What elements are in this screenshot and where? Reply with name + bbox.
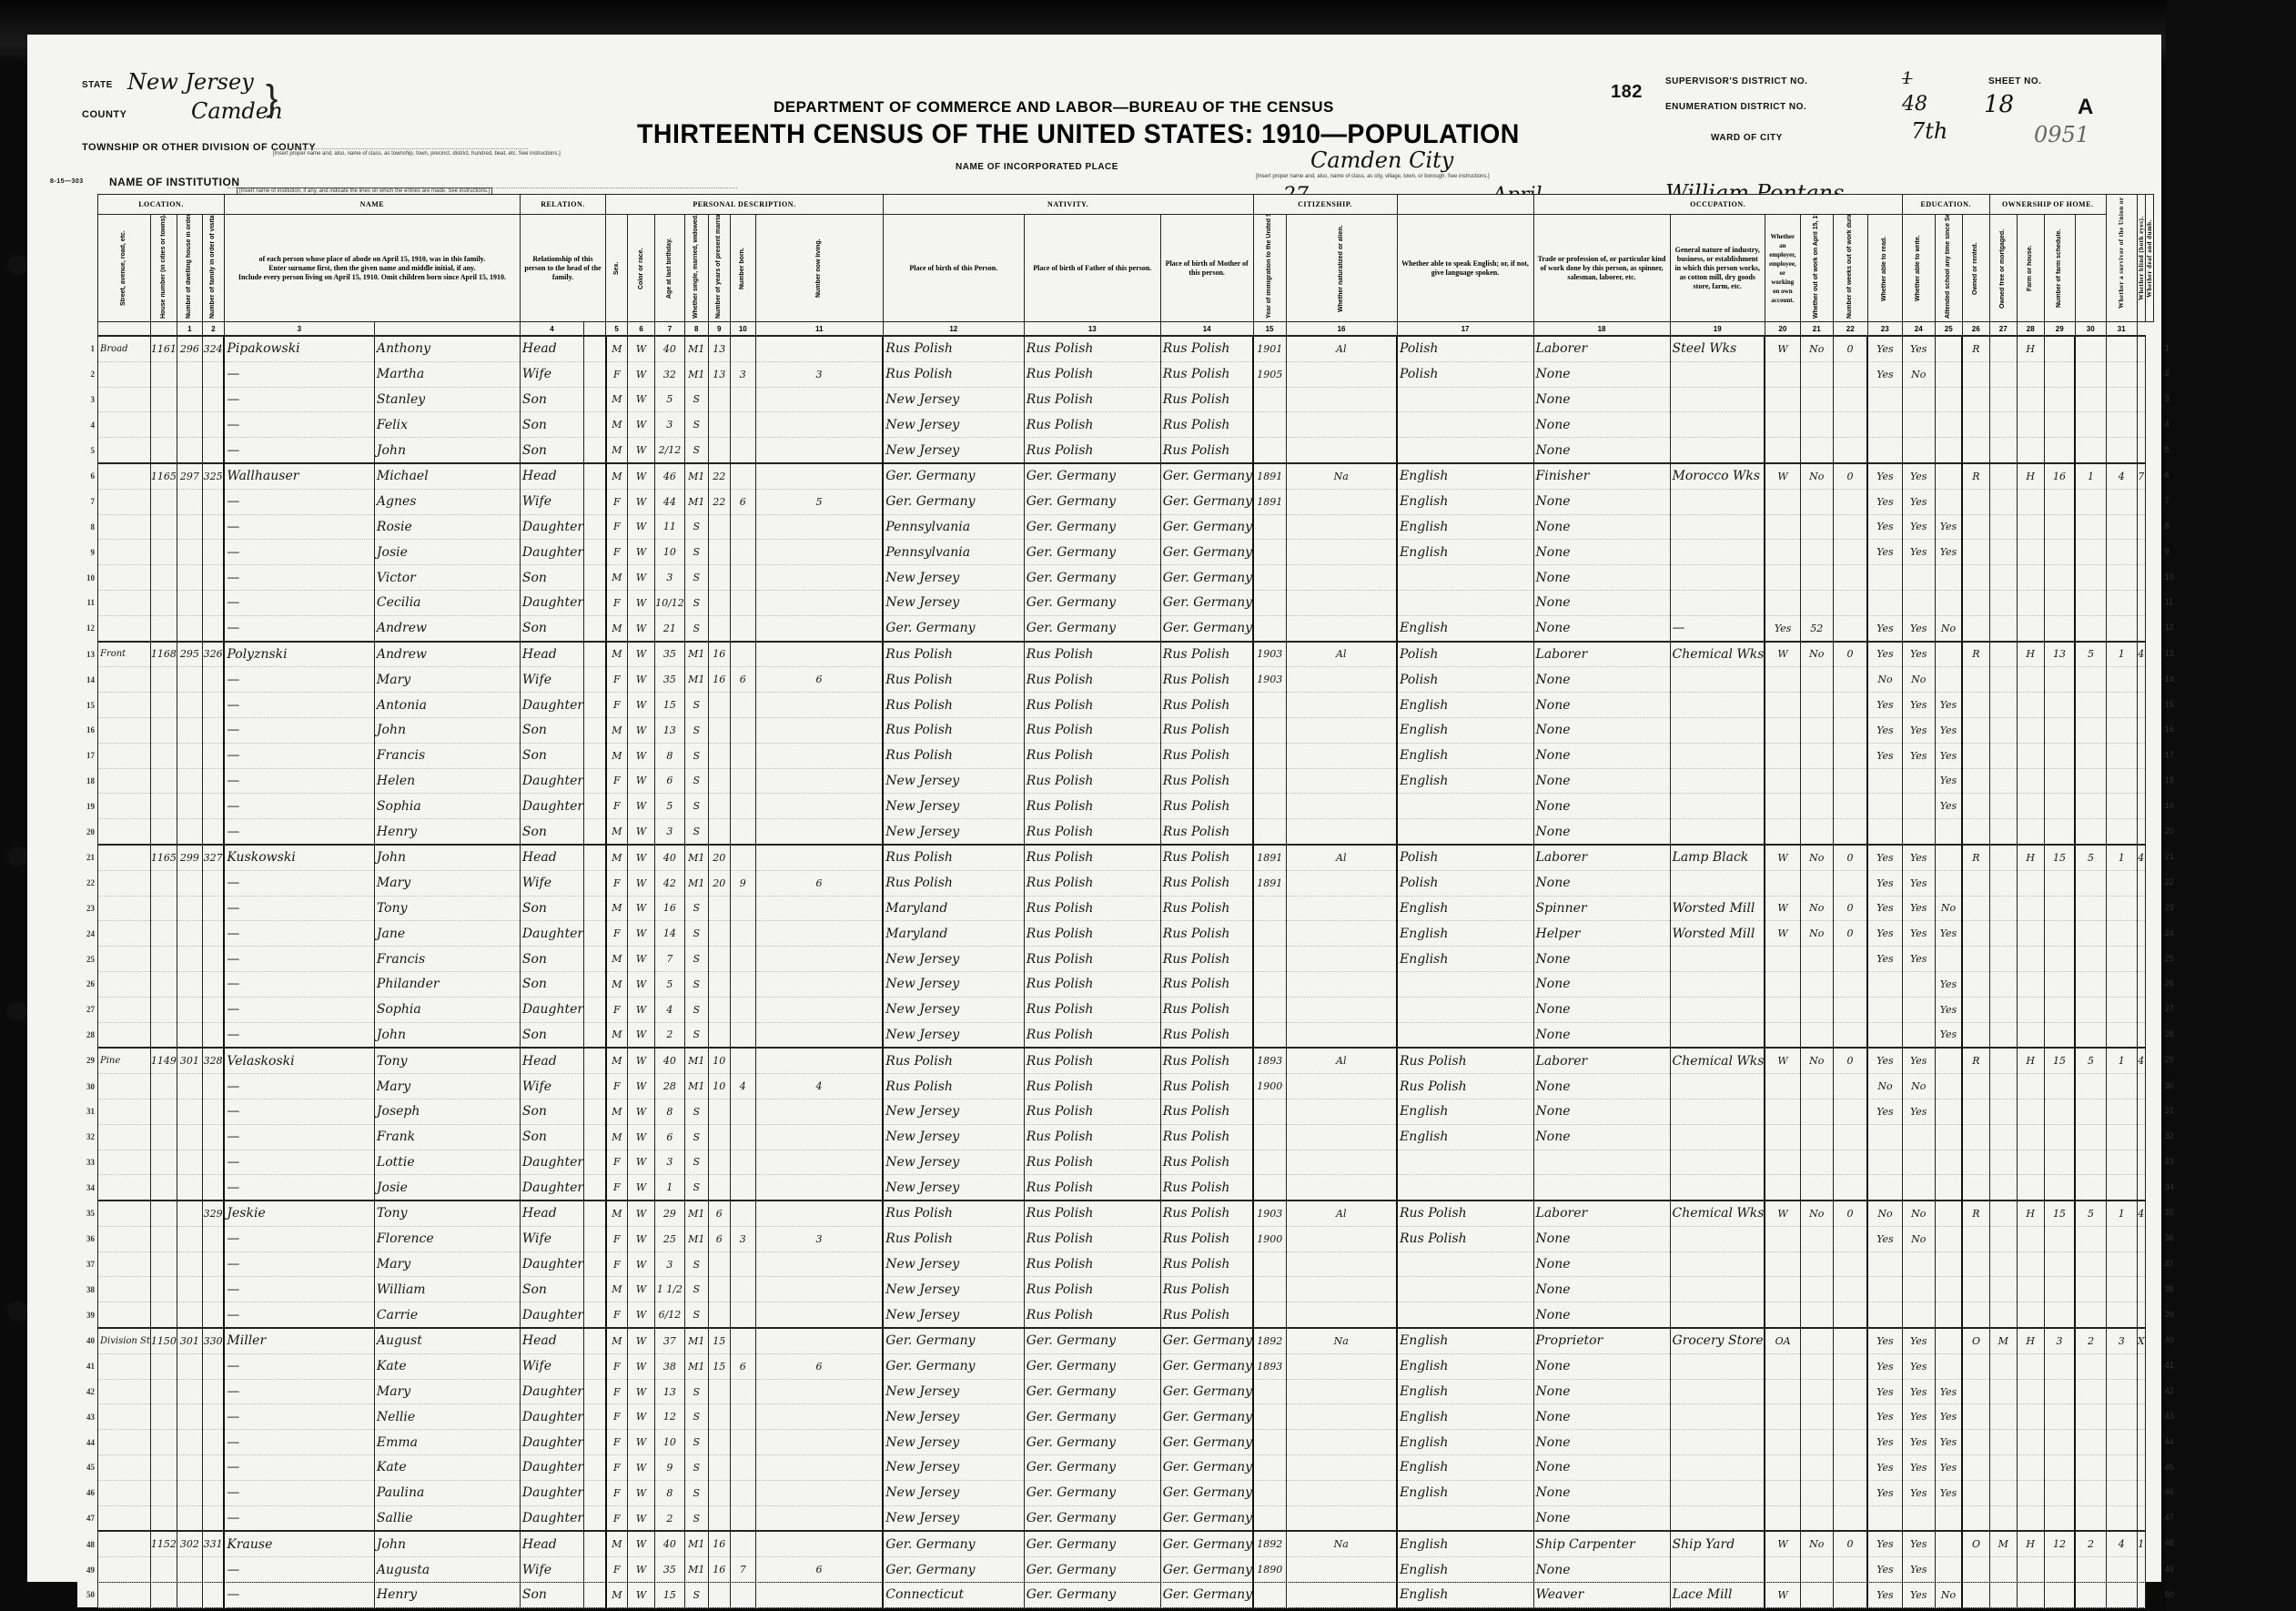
race-cell: W — [628, 1124, 655, 1150]
years-married-cell — [708, 565, 730, 591]
veteran-cell — [2075, 387, 2106, 412]
relation-mark-cell — [584, 1505, 606, 1531]
dwelling-number-cell — [177, 590, 202, 615]
write-cell — [1902, 971, 1935, 997]
out-of-work-cell — [1800, 794, 1833, 819]
dwelling-number-cell — [177, 1124, 202, 1150]
age-cell: 40 — [655, 1531, 685, 1556]
column-number: 11 — [755, 322, 883, 337]
street-cell — [98, 1022, 151, 1048]
read-cell: Yes — [1867, 717, 1902, 743]
children-living-cell — [755, 717, 883, 743]
deaf-cell — [2137, 1404, 2145, 1430]
street-cell — [98, 794, 151, 819]
street-cell — [98, 1150, 151, 1175]
trade-cell: Laborer — [1533, 845, 1670, 870]
relation-cell: Son — [520, 1099, 583, 1124]
farm-schedule-cell — [2044, 971, 2075, 997]
employer-status-cell: W — [1765, 921, 1800, 947]
house-number-cell — [150, 1353, 177, 1379]
race-cell: W — [628, 1353, 655, 1379]
deaf-cell — [2137, 1175, 2145, 1201]
write-cell: Yes — [1902, 1328, 1935, 1353]
blind-cell — [2106, 1505, 2137, 1531]
owned-rented-cell — [1962, 412, 1989, 438]
surname-cell: — — [224, 1251, 374, 1277]
industry-cell: Chemical Wks — [1670, 1201, 1765, 1226]
owned-free-cell — [1989, 1302, 2017, 1328]
farm-house-cell — [2017, 794, 2044, 819]
farm-schedule-cell — [2044, 1455, 2075, 1481]
blind-cell — [2106, 1557, 2137, 1583]
immigration-year-cell — [1253, 1150, 1286, 1175]
immigration-year-cell — [1253, 1379, 1286, 1404]
father-birthplace-cell: Rus Polish — [1024, 947, 1160, 972]
blind-cell — [2106, 1099, 2137, 1124]
form-code: 8-15—303 — [50, 178, 84, 185]
house-number-cell — [150, 870, 177, 896]
birthplace-cell: Rus Polish — [883, 1048, 1024, 1073]
trade-cell: None — [1533, 997, 1670, 1022]
relation-cell: Daughter — [520, 794, 583, 819]
years-married-cell: 20 — [708, 845, 730, 870]
farm-schedule-cell — [2044, 1124, 2075, 1150]
children-living-cell — [755, 1277, 883, 1302]
veteran-cell — [2075, 1379, 2106, 1404]
street-cell — [98, 1379, 151, 1404]
language-cell: English — [1397, 514, 1533, 540]
given-name-cell: Lottie — [374, 1150, 520, 1175]
industry-cell — [1670, 412, 1765, 438]
dwelling-number-cell — [177, 896, 202, 921]
children-born-cell — [730, 1480, 755, 1505]
right-line-number: 25 — [2165, 954, 2174, 963]
out-of-work-cell — [1800, 1175, 1833, 1201]
years-married-cell — [708, 717, 730, 743]
children-living-cell — [755, 387, 883, 412]
read-cell: No — [1867, 1074, 1902, 1099]
mother-birthplace-cell: Rus Polish — [1160, 667, 1253, 693]
given-name-cell: Philander — [374, 971, 520, 997]
immigration-year-cell: 1891 — [1253, 463, 1286, 489]
school-cell — [1935, 463, 1962, 489]
marital-cell: S — [684, 1404, 708, 1430]
industry-cell — [1670, 1353, 1765, 1379]
marital-cell: S — [684, 1302, 708, 1328]
race-cell: W — [628, 896, 655, 921]
owned-rented-cell — [1962, 1175, 1989, 1201]
farm-house-cell — [2017, 1480, 2044, 1505]
dwelling-number-cell — [177, 489, 202, 514]
relation-mark-cell — [584, 438, 606, 463]
years-married-cell: 6 — [708, 1201, 730, 1226]
language-cell: Polish — [1397, 642, 1533, 667]
age-cell: 35 — [655, 642, 685, 667]
house-number-cell: 1161 — [150, 336, 177, 361]
surname-cell: — — [224, 1150, 374, 1175]
relation-cell: Son — [520, 565, 583, 591]
marital-cell: S — [684, 1455, 708, 1481]
veteran-cell — [2075, 1505, 2106, 1531]
naturalization-cell — [1286, 896, 1397, 921]
line-number: 27 — [77, 997, 98, 1022]
mother-birthplace-cell: Rus Polish — [1160, 412, 1253, 438]
birthplace-cell: Maryland — [883, 921, 1024, 947]
children-born-cell — [730, 540, 755, 565]
mother-birthplace-cell: Rus Polish — [1160, 845, 1253, 870]
column-number: 9 — [708, 322, 730, 337]
out-of-work-cell — [1800, 1328, 1833, 1353]
birthplace-cell: New Jersey — [883, 1404, 1024, 1430]
language-cell: English — [1397, 615, 1533, 641]
blind-cell: 1 — [2106, 845, 2137, 870]
line-number: 9 — [77, 540, 98, 565]
owned-free-cell — [1989, 1175, 2017, 1201]
right-line-number: 21 — [2165, 852, 2174, 861]
owned-rented-cell — [1962, 1455, 1989, 1481]
blind-cell — [2106, 1430, 2137, 1455]
hdr-farm-house: Farm or house. — [2027, 218, 2034, 319]
family-number-cell — [202, 768, 224, 794]
family-number-cell — [202, 1175, 224, 1201]
farm-schedule-cell — [2044, 693, 2075, 718]
line-number: 42 — [77, 1379, 98, 1404]
street-cell — [98, 743, 151, 768]
children-living-cell — [755, 819, 883, 845]
house-number-cell — [150, 1430, 177, 1455]
dwelling-number-cell — [177, 794, 202, 819]
language-cell — [1397, 1505, 1533, 1531]
age-cell: 21 — [655, 615, 685, 641]
race-cell: W — [628, 819, 655, 845]
line-number: 34 — [77, 1175, 98, 1201]
industry-cell — [1670, 489, 1765, 514]
sex-cell: M — [606, 1201, 628, 1226]
marital-cell: S — [684, 438, 708, 463]
column-number: 5 — [606, 322, 628, 337]
street-cell — [98, 387, 151, 412]
birthplace-cell: Rus Polish — [883, 1201, 1024, 1226]
owned-free-cell — [1989, 1124, 2017, 1150]
veteran-cell: 5 — [2075, 1048, 2106, 1073]
line-number: 35 — [77, 1201, 98, 1226]
immigration-year-cell — [1253, 971, 1286, 997]
race-cell: W — [628, 1430, 655, 1455]
dwelling-number-cell — [177, 717, 202, 743]
mother-birthplace-cell: Rus Polish — [1160, 971, 1253, 997]
line-number: 17 — [77, 743, 98, 768]
farm-schedule-cell — [2044, 1022, 2075, 1048]
age-cell: 9 — [655, 1455, 685, 1481]
hdr-owned-free: Owned free or mortgaged. — [1999, 218, 2007, 319]
industry-cell: Grocery Store — [1670, 1328, 1765, 1353]
birthplace-cell: New Jersey — [883, 997, 1024, 1022]
trade-cell: None — [1533, 819, 1670, 845]
owned-free-cell — [1989, 615, 2017, 641]
right-line-number: 49 — [2165, 1565, 2174, 1574]
farm-house-cell — [2017, 997, 2044, 1022]
father-birthplace-cell: Rus Polish — [1024, 997, 1160, 1022]
father-birthplace-cell: Rus Polish — [1024, 438, 1160, 463]
given-name-cell: Kate — [374, 1455, 520, 1481]
school-cell — [1935, 1124, 1962, 1150]
out-of-work-cell: No — [1800, 336, 1833, 361]
state-label: STATE — [82, 80, 113, 90]
deaf-cell — [2137, 1353, 2145, 1379]
father-birthplace-cell: Rus Polish — [1024, 971, 1160, 997]
deaf-cell — [2137, 717, 2145, 743]
father-birthplace-cell: Rus Polish — [1024, 1277, 1160, 1302]
trade-cell: None — [1533, 514, 1670, 540]
immigration-year-cell — [1253, 540, 1286, 565]
farm-schedule-cell: 13 — [2044, 642, 2075, 667]
language-cell — [1397, 412, 1533, 438]
marital-cell: S — [684, 1379, 708, 1404]
relation-mark-cell — [584, 1455, 606, 1481]
blind-cell — [2106, 794, 2137, 819]
children-born-cell — [730, 1277, 755, 1302]
sex-cell: F — [606, 794, 628, 819]
mother-birthplace-cell: Rus Polish — [1160, 1124, 1253, 1150]
blind-cell — [2106, 1480, 2137, 1505]
years-married-cell — [708, 514, 730, 540]
years-married-cell — [708, 615, 730, 641]
relation-mark-cell — [584, 387, 606, 412]
children-living-cell — [755, 590, 883, 615]
owned-rented-cell — [1962, 768, 1989, 794]
employer-status-cell — [1765, 693, 1800, 718]
father-birthplace-cell: Ger. Germany — [1024, 1480, 1160, 1505]
relation-cell: Daughter — [520, 1251, 583, 1277]
right-line-number: 3 — [2165, 394, 2170, 403]
given-name-cell: Tony — [374, 1048, 520, 1073]
blind-cell — [2106, 1074, 2137, 1099]
naturalization-cell — [1286, 1557, 1397, 1583]
veteran-cell — [2075, 1175, 2106, 1201]
surname-cell: — — [224, 971, 374, 997]
given-name-cell: Carrie — [374, 1302, 520, 1328]
right-line-number: 34 — [2165, 1182, 2174, 1191]
naturalization-cell — [1286, 1583, 1397, 1608]
surname-cell: — — [224, 1480, 374, 1505]
read-cell: Yes — [1867, 1353, 1902, 1379]
naturalization-cell — [1286, 1124, 1397, 1150]
owned-rented-cell — [1962, 743, 1989, 768]
years-married-cell — [708, 743, 730, 768]
children-born-cell: 6 — [730, 667, 755, 693]
years-married-cell — [708, 387, 730, 412]
right-line-number: 1 — [2165, 343, 2170, 352]
school-cell — [1935, 667, 1962, 693]
language-cell — [1397, 590, 1533, 615]
sex-cell: F — [606, 997, 628, 1022]
family-number-cell — [202, 921, 224, 947]
marital-cell: S — [684, 1430, 708, 1455]
years-married-cell: 16 — [708, 667, 730, 693]
race-cell: W — [628, 1277, 655, 1302]
father-birthplace-cell: Ger. Germany — [1024, 1328, 1160, 1353]
deaf-cell — [2137, 693, 2145, 718]
sex-cell: M — [606, 1583, 628, 1608]
age-cell: 6/12 — [655, 1302, 685, 1328]
line-number: 26 — [77, 971, 98, 997]
father-birthplace-cell: Rus Polish — [1024, 1124, 1160, 1150]
mother-birthplace-cell: Ger. Germany — [1160, 1353, 1253, 1379]
given-name-cell: Anthony — [374, 336, 520, 361]
father-birthplace-cell: Rus Polish — [1024, 1201, 1160, 1226]
owned-rented-cell — [1962, 1124, 1989, 1150]
farm-house-cell — [2017, 438, 2044, 463]
employer-status-cell — [1765, 489, 1800, 514]
children-born-cell — [730, 1150, 755, 1175]
school-cell: Yes — [1935, 1379, 1962, 1404]
employer-status-cell: W — [1765, 1531, 1800, 1556]
sex-cell: F — [606, 1251, 628, 1277]
line-number: 3 — [77, 387, 98, 412]
language-cell — [1397, 438, 1533, 463]
age-cell: 1 — [655, 1175, 685, 1201]
owned-rented-cell — [1962, 997, 1989, 1022]
father-birthplace-cell: Rus Polish — [1024, 896, 1160, 921]
birthplace-cell: New Jersey — [883, 1302, 1024, 1328]
street-cell — [98, 1226, 151, 1251]
mother-birthplace-cell: Rus Polish — [1160, 870, 1253, 896]
age-cell: 3 — [655, 1150, 685, 1175]
marital-cell: S — [684, 693, 708, 718]
farm-schedule-cell — [2044, 1583, 2075, 1608]
children-born-cell: 4 — [730, 1074, 755, 1099]
relation-mark-cell — [584, 463, 606, 489]
mother-birthplace-cell: Rus Polish — [1160, 1226, 1253, 1251]
children-born-cell — [730, 1404, 755, 1430]
children-born-cell — [730, 514, 755, 540]
read-cell: Yes — [1867, 1404, 1902, 1430]
age-cell: 2 — [655, 1022, 685, 1048]
surname-cell: — — [224, 1099, 374, 1124]
language-cell: Rus Polish — [1397, 1226, 1533, 1251]
marital-cell: S — [684, 1175, 708, 1201]
family-number-cell: 324 — [202, 336, 224, 361]
father-birthplace-cell: Ger. Germany — [1024, 463, 1160, 489]
dwelling-number-cell — [177, 1099, 202, 1124]
children-living-cell — [755, 947, 883, 972]
department-line: DEPARTMENT OF COMMERCE AND LABOR—BUREAU … — [774, 98, 1334, 117]
hdr-name-desc1: of each person whose place of abode on A… — [228, 255, 516, 264]
language-cell: Polish — [1397, 361, 1533, 387]
family-number-cell — [202, 693, 224, 718]
relation-cell: Head — [520, 1328, 583, 1353]
line-number: 32 — [77, 1124, 98, 1150]
line-number: 5 — [77, 438, 98, 463]
age-cell: 12 — [655, 1404, 685, 1430]
deaf-cell — [2137, 870, 2145, 896]
mother-birthplace-cell: Rus Polish — [1160, 768, 1253, 794]
out-of-work-cell — [1800, 514, 1833, 540]
farm-house-cell: H — [2017, 463, 2044, 489]
dwelling-number-cell — [177, 615, 202, 641]
immigration-year-cell: 1905 — [1253, 361, 1286, 387]
language-cell: English — [1397, 540, 1533, 565]
binder-hole — [7, 255, 27, 275]
employer-status-cell: W — [1765, 642, 1800, 667]
weeks-out-cell — [1833, 565, 1867, 591]
out-of-work-cell — [1800, 693, 1833, 718]
family-number-cell — [202, 971, 224, 997]
farm-schedule-cell — [2044, 667, 2075, 693]
column-number: 27 — [1989, 322, 2017, 337]
industry-cell — [1670, 1455, 1765, 1481]
owned-free-cell — [1989, 794, 2017, 819]
weeks-out-cell — [1833, 615, 1867, 641]
immigration-year-cell: 1893 — [1253, 1048, 1286, 1073]
write-cell: Yes — [1902, 1404, 1935, 1430]
mother-birthplace-cell: Rus Polish — [1160, 361, 1253, 387]
brace: } — [266, 78, 278, 119]
hdr-birth-father: Place of birth of Father of this person. — [1024, 215, 1160, 322]
owned-rented-cell: R — [1962, 1048, 1989, 1073]
years-married-cell — [708, 819, 730, 845]
group-nativity: NATIVITY. — [883, 195, 1253, 215]
line-number: 8 — [77, 514, 98, 540]
age-cell: 5 — [655, 971, 685, 997]
birthplace-cell: New Jersey — [883, 1505, 1024, 1531]
out-of-work-cell: No — [1800, 845, 1833, 870]
relation-cell: Daughter — [520, 1175, 583, 1201]
hdr-read: Whether able to read. — [1881, 218, 1888, 319]
weeks-out-cell — [1833, 1226, 1867, 1251]
immigration-year-cell: 1903 — [1253, 667, 1286, 693]
surname-cell: — — [224, 1583, 374, 1608]
school-cell — [1935, 412, 1962, 438]
blind-cell — [2106, 1404, 2137, 1430]
blind-cell — [2106, 1124, 2137, 1150]
relation-cell: Head — [520, 1201, 583, 1226]
house-number-cell — [150, 361, 177, 387]
children-born-cell: 9 — [730, 870, 755, 896]
children-living-cell — [755, 438, 883, 463]
farm-schedule-cell — [2044, 590, 2075, 615]
children-living-cell: 4 — [755, 1074, 883, 1099]
right-line-number: 7 — [2165, 496, 2170, 505]
weeks-out-cell: 0 — [1833, 896, 1867, 921]
children-born-cell — [730, 1505, 755, 1531]
children-born-cell: 6 — [730, 1353, 755, 1379]
relation-mark-cell — [584, 514, 606, 540]
trade-cell: None — [1533, 947, 1670, 972]
children-born-cell — [730, 947, 755, 972]
relation-cell: Son — [520, 438, 583, 463]
hdr-years-married: Number of years of present marriage. — [715, 218, 723, 319]
mother-birthplace-cell: Rus Polish — [1160, 1048, 1253, 1073]
veteran-cell — [2075, 1455, 2106, 1481]
deaf-cell: X — [2137, 1328, 2145, 1353]
table-row: 23—TonySonMW16SMarylandRus PolishRus Pol… — [77, 896, 2153, 921]
given-name-cell: Rosie — [374, 514, 520, 540]
father-birthplace-cell: Rus Polish — [1024, 1226, 1160, 1251]
line-number: 20 — [77, 819, 98, 845]
right-line-number: 29 — [2165, 1055, 2174, 1064]
farm-schedule-cell — [2044, 768, 2075, 794]
naturalization-cell — [1286, 667, 1397, 693]
race-cell: W — [628, 1379, 655, 1404]
farm-house-cell — [2017, 1277, 2044, 1302]
owned-rented-cell — [1962, 870, 1989, 896]
birthplace-cell: New Jersey — [883, 1277, 1024, 1302]
dwelling-number-cell: 295 — [177, 642, 202, 667]
farm-schedule-cell — [2044, 438, 2075, 463]
industry-cell — [1670, 743, 1765, 768]
township-note: [Insert proper name and, also, name of c… — [273, 151, 561, 157]
